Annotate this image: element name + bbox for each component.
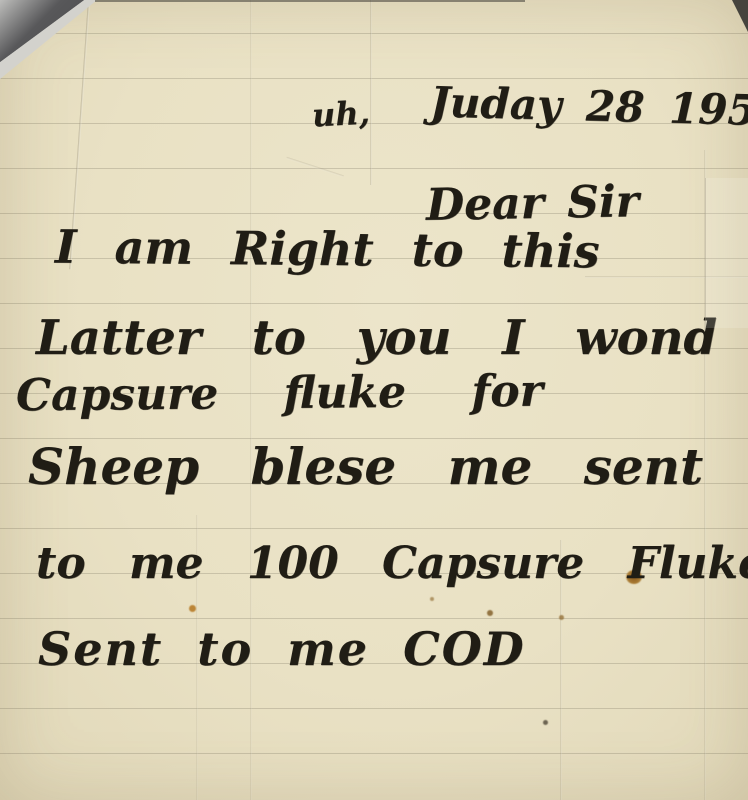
stain-spot (189, 605, 196, 612)
stain-spot (559, 615, 564, 620)
letter-body-line: Latter to you I wond (36, 314, 717, 362)
stain-spot (543, 720, 548, 725)
letter-body-line: I am Right to this (55, 224, 600, 275)
letter-body-line: Capsure fluke for (16, 370, 543, 419)
letter-body-line: to me 100 Capsure Fluke (36, 542, 748, 586)
paper-fold-edge (705, 178, 748, 328)
scanned-letter: uh, Juday 28 1952 Dear Sir I am Right to… (0, 0, 748, 800)
letter-body-line: Sent to me COD (38, 626, 526, 672)
stain-spot (487, 610, 493, 616)
stain-spot (430, 597, 434, 601)
letter-date: Juday 28 1952 (430, 81, 748, 132)
letter-salutation: Dear Sir (426, 180, 640, 228)
letter-body-line: Sheep blese me sent (28, 442, 703, 492)
letter-place-abbrev: uh, (311, 97, 370, 132)
paper-top-edge-shadow (95, 0, 525, 2)
